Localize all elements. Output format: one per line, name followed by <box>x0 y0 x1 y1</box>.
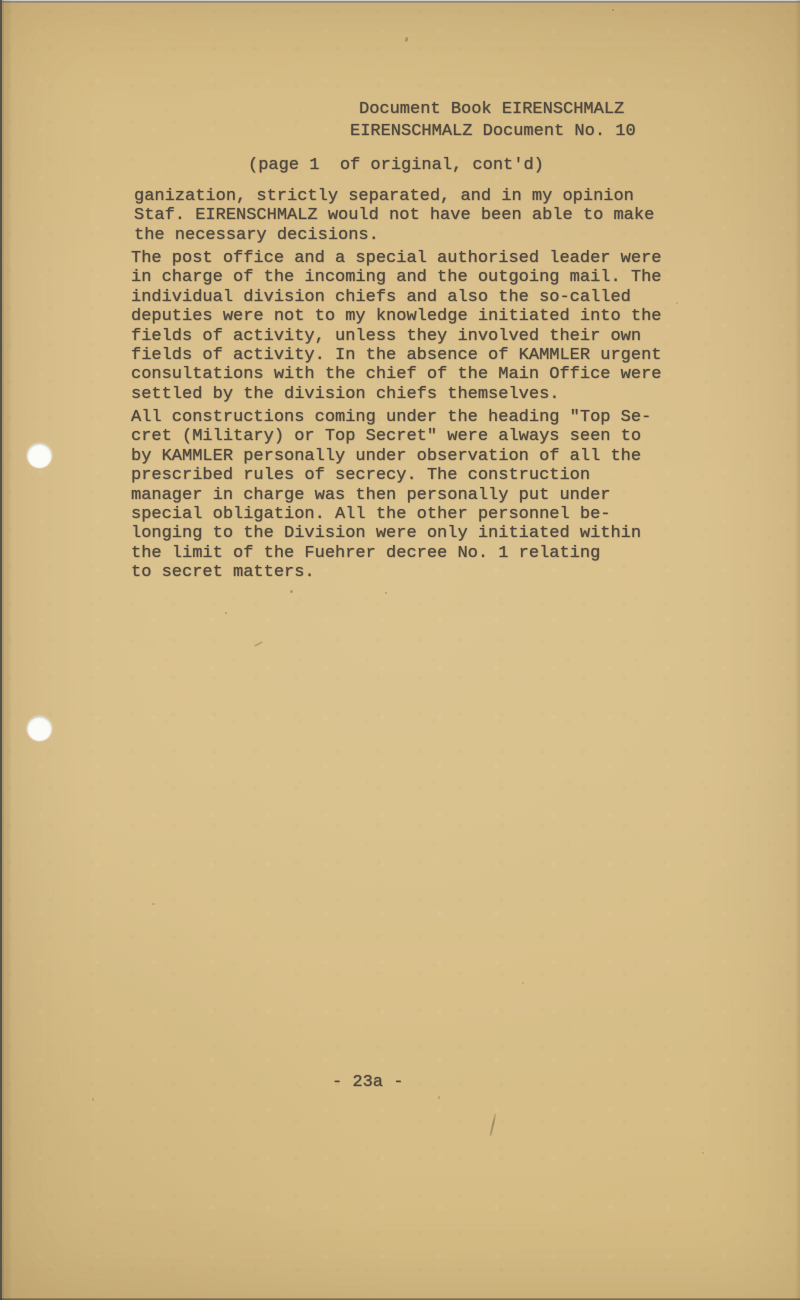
scan-edge-top <box>0 0 800 3</box>
paper-speck <box>702 1152 704 1154</box>
punch-hole-top <box>27 443 52 468</box>
scan-edge-right <box>795 0 800 1300</box>
punch-hole-bottom <box>27 716 52 741</box>
paper-speck <box>152 903 155 905</box>
document-header-line-2: EIRENSCHMALZ Document No. 10 <box>350 122 636 141</box>
paper-speck <box>92 1098 94 1101</box>
paper-speck <box>522 982 524 984</box>
paper-speck <box>404 37 408 43</box>
paragraph-1: ganization, strictly separated, and in m… <box>134 187 654 245</box>
paragraph-3: All constructions coming under the headi… <box>131 408 651 583</box>
paper-speck <box>225 612 227 614</box>
scanned-document-page: Document Book EIRENSCHMALZ EIRENSCHMALZ … <box>0 0 800 1300</box>
paper-speck <box>438 1096 440 1099</box>
paper-speck <box>676 302 678 304</box>
page-number: - 23a - <box>332 1073 403 1092</box>
paper-speck <box>612 9 614 11</box>
page-continuation-note: (page 1 of original, cont'd) <box>248 156 544 175</box>
paper-fiber <box>254 641 263 647</box>
paragraph-2: The post office and a special authorised… <box>131 249 662 404</box>
scan-edge-left <box>0 0 12 1300</box>
pencil-stroke-mark <box>489 1113 496 1136</box>
paper-speck <box>385 592 387 594</box>
document-header-line-1: Document Book EIRENSCHMALZ <box>359 100 624 119</box>
paper-speck <box>290 590 293 593</box>
